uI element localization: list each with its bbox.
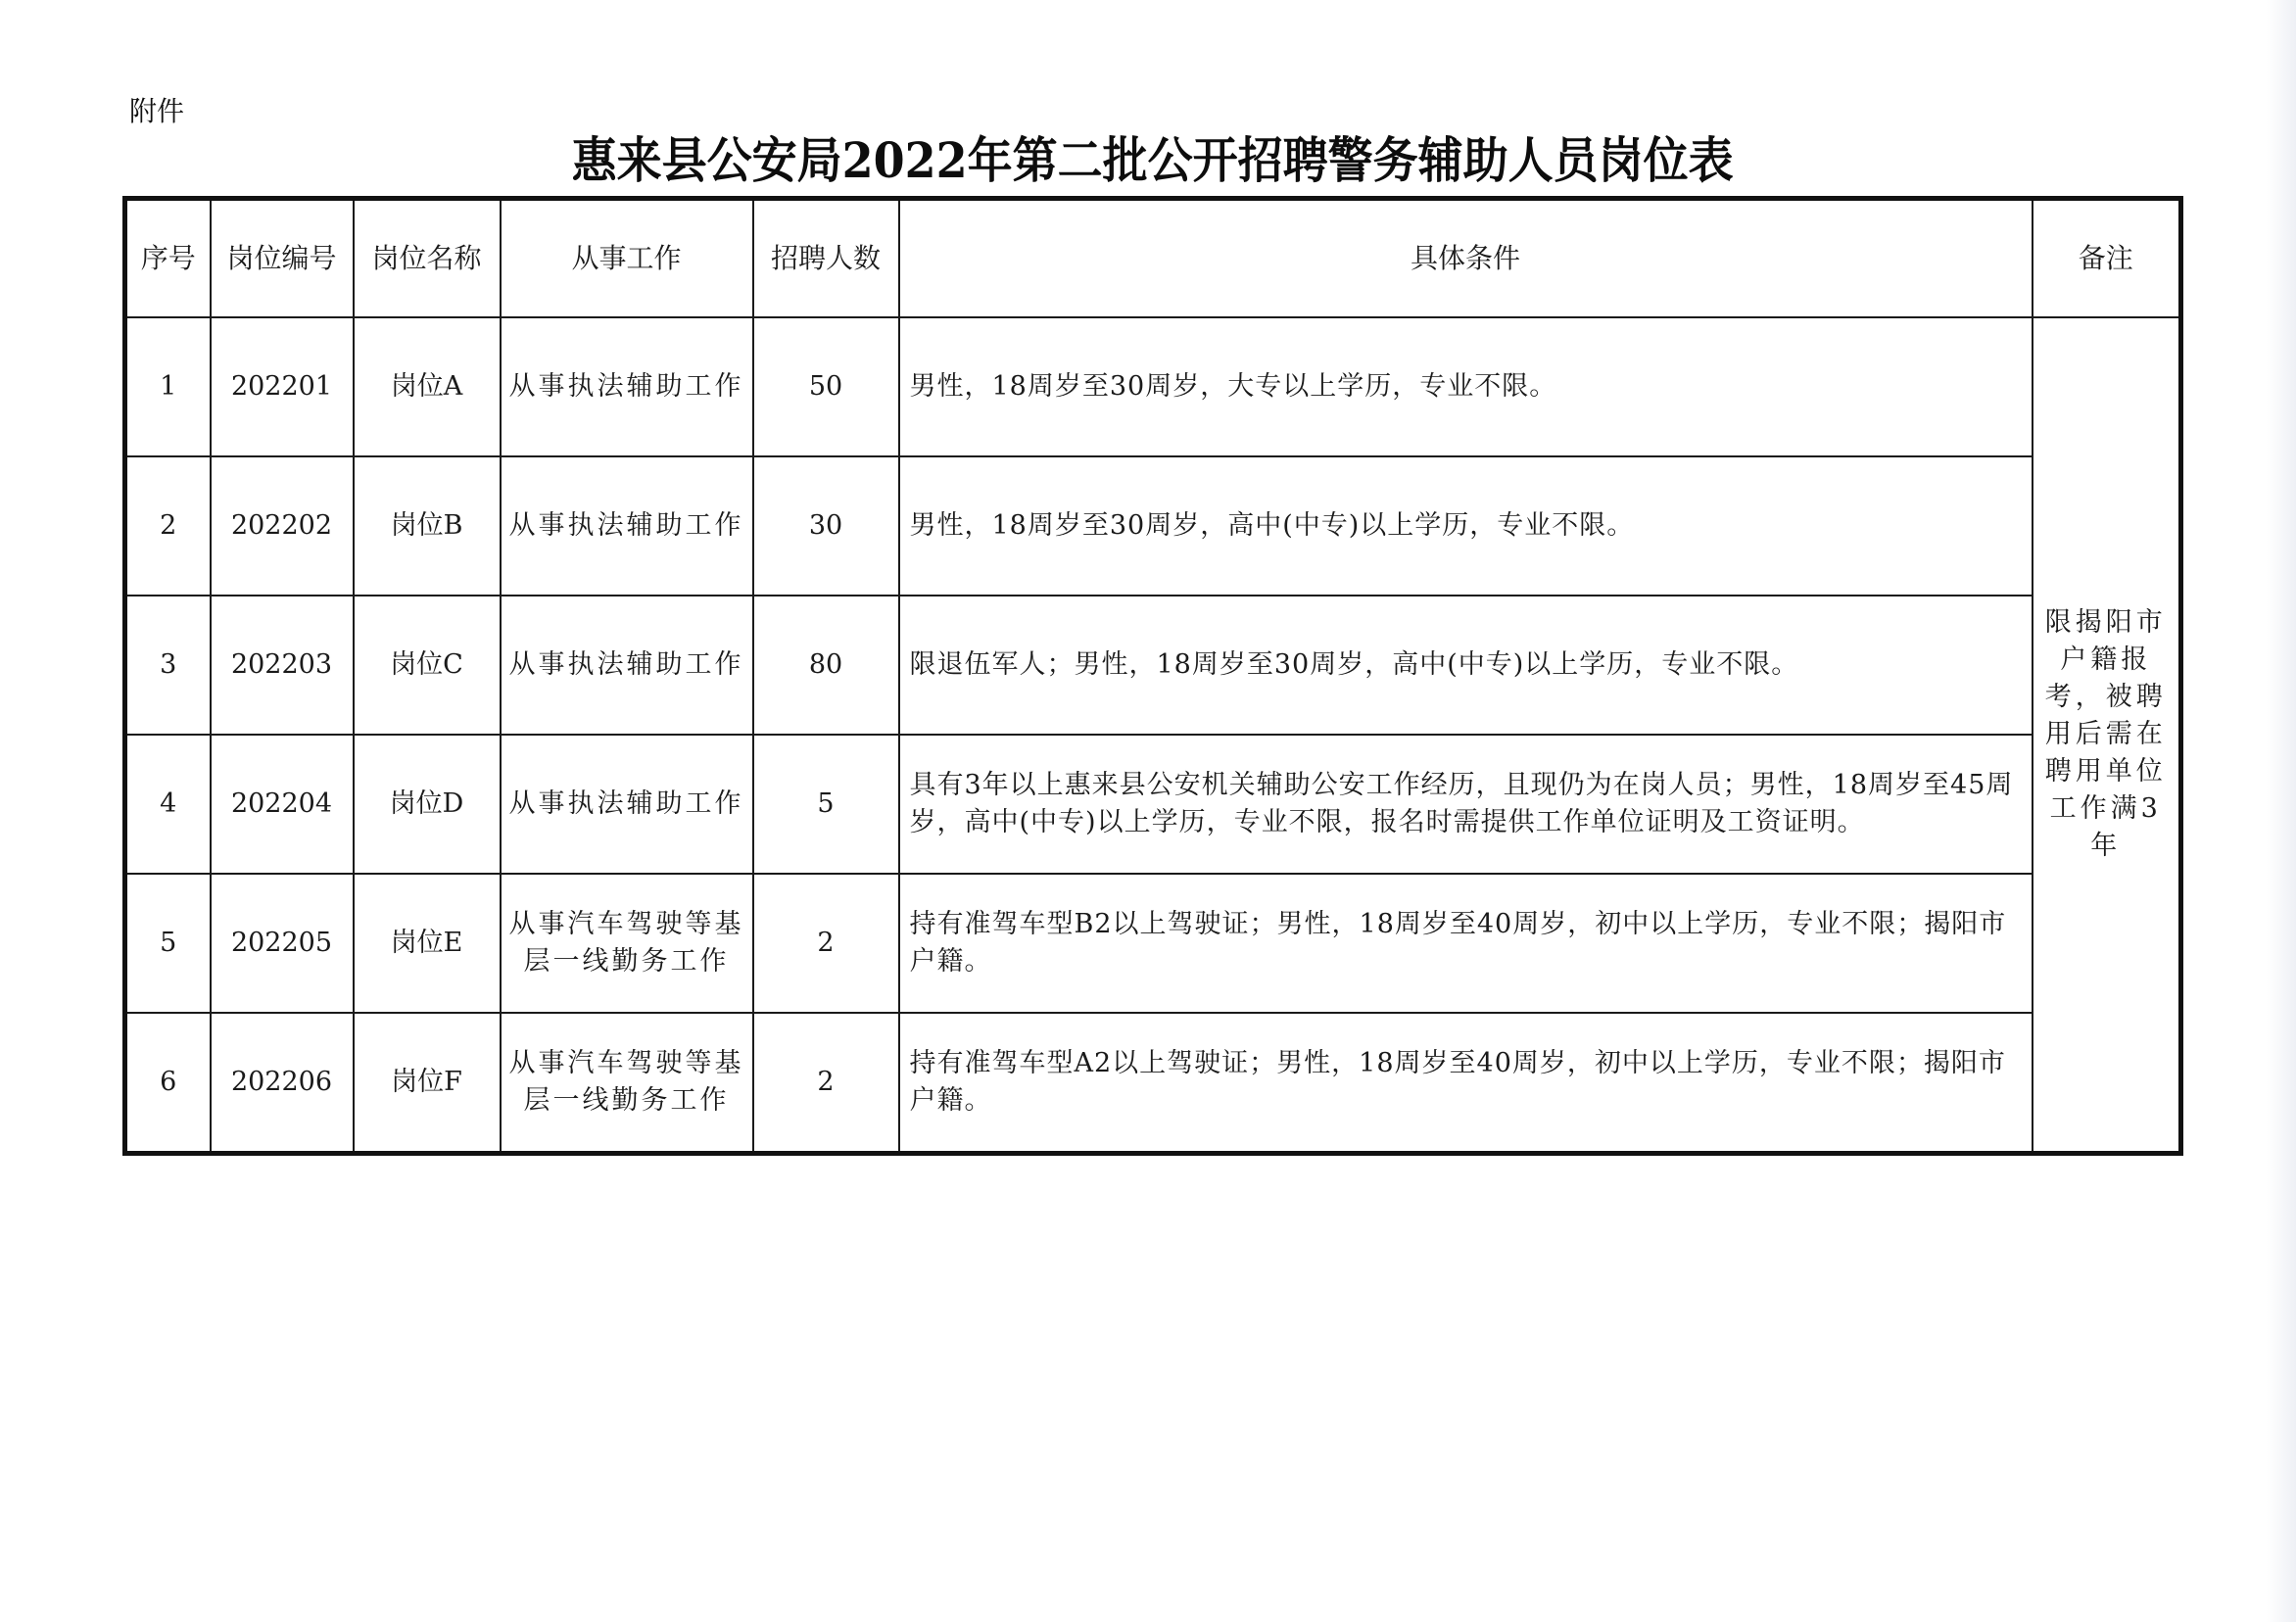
cell-name: 岗位D — [354, 735, 501, 874]
cell-code: 202202 — [211, 456, 354, 596]
cell-seq: 3 — [125, 596, 211, 735]
document-title-text: 惠来县公安局2022年第二批公开招聘警务辅助人员岗位表 — [572, 121, 1734, 192]
header-count: 招聘人数 — [753, 199, 899, 318]
cell-name: 岗位F — [354, 1013, 501, 1154]
cell-count: 5 — [753, 735, 899, 874]
cell-count: 2 — [753, 1013, 899, 1154]
header-code: 岗位编号 — [211, 199, 354, 318]
cell-name: 岗位C — [354, 596, 501, 735]
cell-seq: 2 — [125, 456, 211, 596]
cell-code: 202204 — [211, 735, 354, 874]
cell-count: 2 — [753, 874, 899, 1013]
cell-seq: 1 — [125, 317, 211, 456]
cell-count: 50 — [753, 317, 899, 456]
cell-conditions: 男性，18周岁至30周岁，高中(中专)以上学历，专业不限。 — [899, 456, 2033, 596]
cell-work: 从事汽车驾驶等基层一线勤务工作 — [501, 1013, 753, 1154]
header-work: 从事工作 — [501, 199, 753, 318]
cell-code: 202205 — [211, 874, 354, 1013]
header-name: 岗位名称 — [354, 199, 501, 318]
table-row: 3 202203 岗位C 从事执法辅助工作 80 限退伍军人；男性，18周岁至3… — [125, 596, 2181, 735]
table-row: 1 202201 岗位A 从事执法辅助工作 50 男性，18周岁至30周岁，大专… — [125, 317, 2181, 456]
cell-work: 从事执法辅助工作 — [501, 456, 753, 596]
cell-seq: 6 — [125, 1013, 211, 1154]
cell-count: 30 — [753, 456, 899, 596]
cell-work: 从事执法辅助工作 — [501, 596, 753, 735]
cell-conditions: 持有准驾车型A2以上驾驶证；男性，18周岁至40周岁，初中以上学历，专业不限；揭… — [899, 1013, 2033, 1154]
header-seq: 序号 — [125, 199, 211, 318]
cell-seq: 5 — [125, 874, 211, 1013]
cell-code: 202201 — [211, 317, 354, 456]
cell-conditions: 具有3年以上惠来县公安机关辅助公安工作经历，且现仍为在岗人员；男性，18周岁至4… — [899, 735, 2033, 874]
cell-name: 岗位B — [354, 456, 501, 596]
cell-remark: 限揭阳市户籍报考，被聘用后需在聘用单位工作满3年 — [2033, 317, 2181, 1154]
cell-work: 从事执法辅助工作 — [501, 317, 753, 456]
header-conditions: 具体条件 — [899, 199, 2033, 318]
cell-count: 80 — [753, 596, 899, 735]
cell-work: 从事汽车驾驶等基层一线勤务工作 — [501, 874, 753, 1013]
cell-conditions: 持有准驾车型B2以上驾驶证；男性，18周岁至40周岁，初中以上学历，专业不限；揭… — [899, 874, 2033, 1013]
cell-name: 岗位A — [354, 317, 501, 456]
table-row: 5 202205 岗位E 从事汽车驾驶等基层一线勤务工作 2 持有准驾车型B2以… — [125, 874, 2181, 1013]
cell-seq: 4 — [125, 735, 211, 874]
table-row: 6 202206 岗位F 从事汽车驾驶等基层一线勤务工作 2 持有准驾车型A2以… — [125, 1013, 2181, 1154]
cell-code: 202206 — [211, 1013, 354, 1154]
cell-work: 从事执法辅助工作 — [501, 735, 753, 874]
table-header-row: 序号 岗位编号 岗位名称 从事工作 招聘人数 具体条件 备注 — [125, 199, 2181, 318]
cell-name: 岗位E — [354, 874, 501, 1013]
scan-page-edge — [2267, 0, 2296, 1622]
table-row: 4 202204 岗位D 从事执法辅助工作 5 具有3年以上惠来县公安机关辅助公… — [125, 735, 2181, 874]
cell-code: 202203 — [211, 596, 354, 735]
cell-conditions: 限退伍军人；男性，18周岁至30周岁，高中(中专)以上学历，专业不限。 — [899, 596, 2033, 735]
header-remark: 备注 — [2033, 199, 2181, 318]
positions-table: 序号 岗位编号 岗位名称 从事工作 招聘人数 具体条件 备注 1 202201 … — [122, 196, 2183, 1156]
table-row: 2 202202 岗位B 从事执法辅助工作 30 男性，18周岁至30周岁，高中… — [125, 456, 2181, 596]
cell-conditions: 男性，18周岁至30周岁，大专以上学历，专业不限。 — [899, 317, 2033, 456]
document-title: 惠来县公安局2022年第二批公开招聘警务辅助人员岗位表 — [0, 121, 2296, 192]
